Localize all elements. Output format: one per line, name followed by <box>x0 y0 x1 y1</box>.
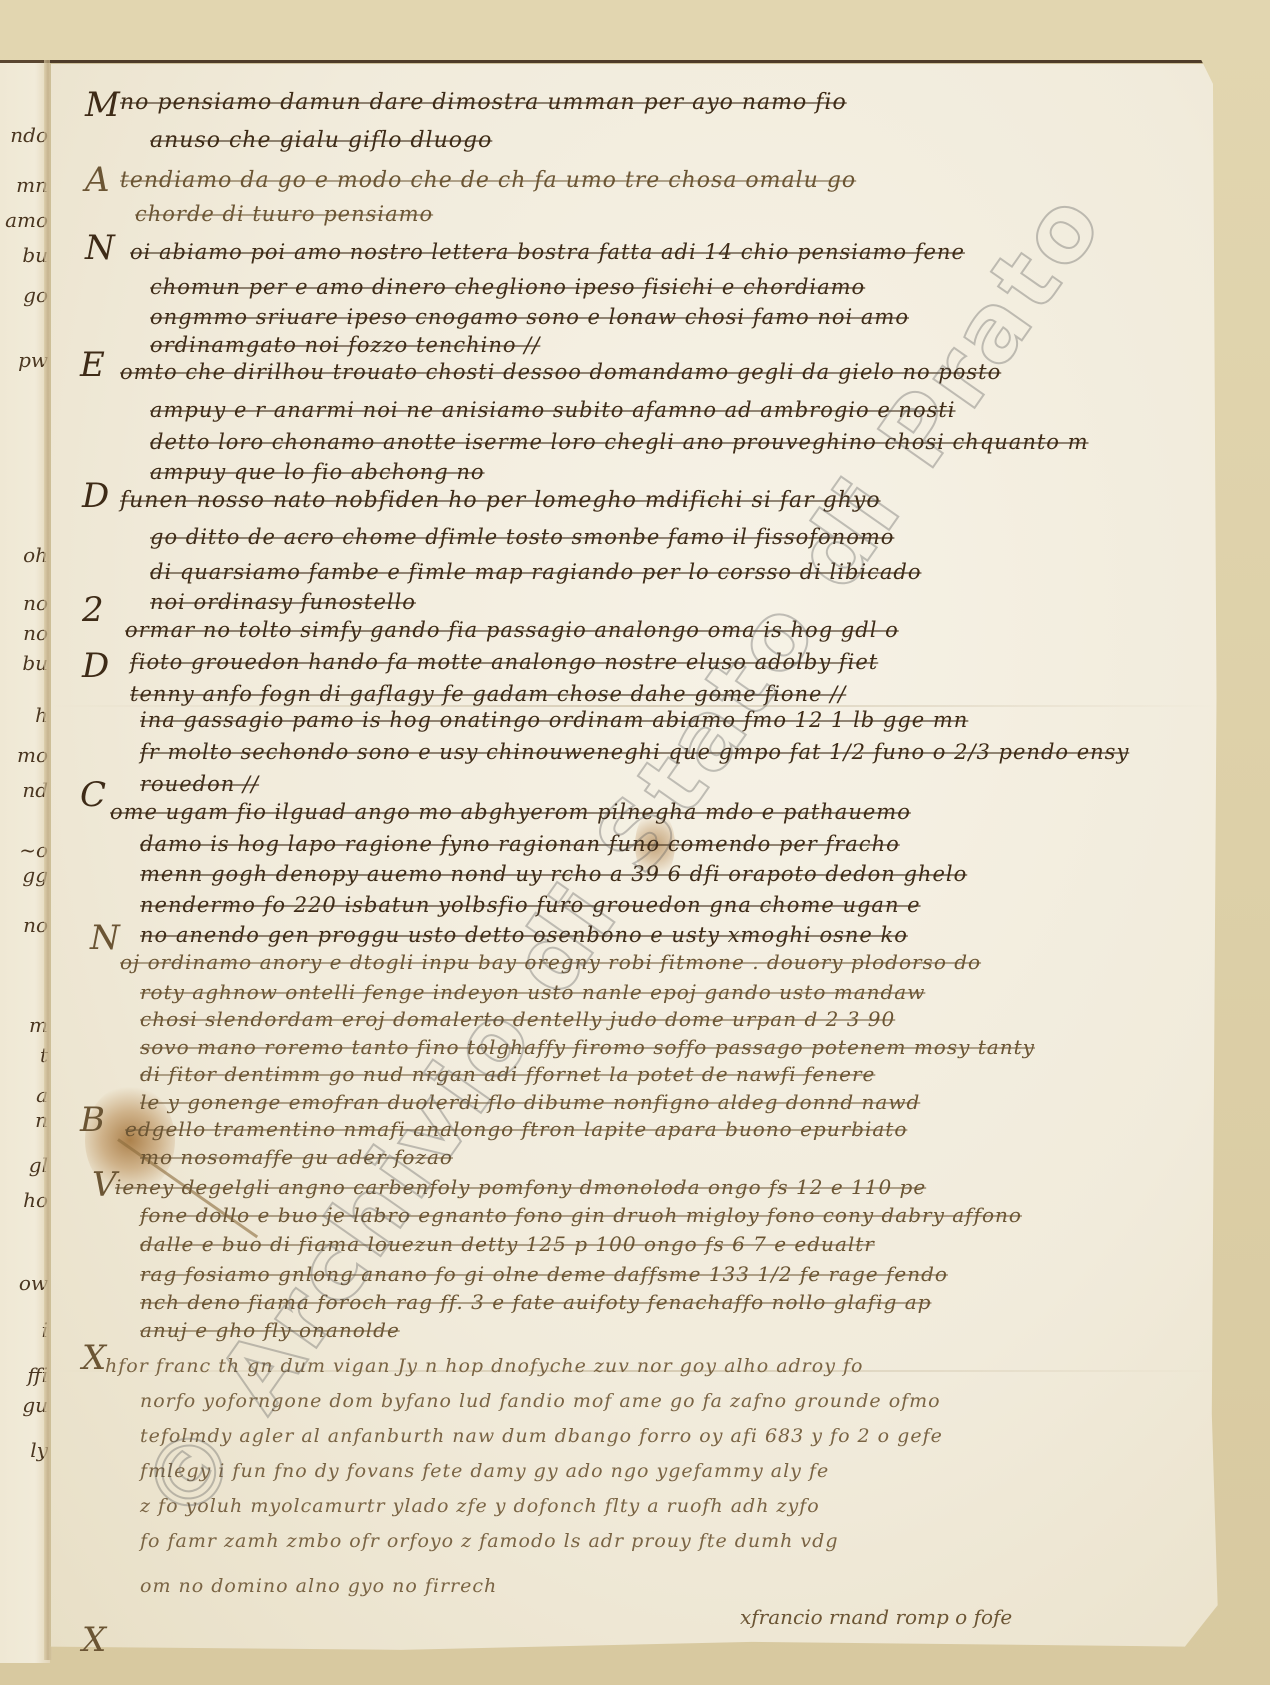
manuscript-line: chomun per e amo dinero chegliono ipeso … <box>150 275 865 299</box>
paragraph-marker: N <box>85 228 115 268</box>
paragraph-marker: E <box>80 345 105 385</box>
manuscript-line: tenny anfo fogn di gaflagy fe gadam chos… <box>130 682 846 706</box>
manuscript-line: di fitor dentimm go nud nrgan adi fforne… <box>140 1062 875 1086</box>
manuscript-line: noi ordinasy funostello <box>150 590 416 614</box>
manuscript-line: oj ordinamo anory e dtogli inpu bay oreg… <box>120 950 981 974</box>
left-leaf-fragment: gl <box>0 1153 48 1177</box>
paragraph-marker: B <box>80 1100 105 1140</box>
manuscript-line: fioto grouedon hando fa motte analongo n… <box>130 650 878 674</box>
manuscript-line: ongmmo sriuare ipeso cnogamo sono e lona… <box>150 305 909 329</box>
manuscript-line: menn gogh denopy auemo nond uy rcho a 39… <box>140 862 967 886</box>
left-leaf-fragment: ow <box>0 1271 48 1295</box>
manuscript-line: z fo yoluh myolcamurtr ylado zfe y dofon… <box>140 1495 820 1517</box>
manuscript-line: ome ugam fio ilguad ango mo abghyerom pi… <box>110 800 911 824</box>
paragraph-marker: V <box>92 1165 117 1205</box>
left-leaf-fragment: t <box>0 1043 48 1067</box>
left-leaf-fragment: ho <box>0 1188 48 1212</box>
manuscript-line: rag fosiamo gnlong anano fo gi olne deme… <box>140 1262 948 1286</box>
left-leaf-fragment: pw <box>0 348 48 372</box>
left-leaf-fragment: ~o <box>0 838 48 862</box>
manuscript-line: fmlegy i fun fno dy fovans fete damy gy … <box>140 1460 829 1482</box>
manuscript-line: no pensiamo damun dare dimostra umman pe… <box>120 90 847 115</box>
manuscript-line: om no domino alno gyo no firrech <box>140 1575 497 1597</box>
paragraph-marker: A <box>85 160 110 200</box>
left-leaf-fragment: gg <box>0 863 48 887</box>
paragraph-marker: 2 <box>82 590 104 630</box>
left-leaf-fragment: oh <box>0 543 48 567</box>
left-leaf-fragment: gu <box>0 1393 48 1417</box>
manuscript-line: oi abiamo poi amo nostro lettera bostra … <box>130 240 965 264</box>
manuscript-line: ampuy e r anarmi noi ne anisiamo subito … <box>150 398 956 422</box>
paragraph-marker: D <box>82 476 109 516</box>
paragraph-marker: C <box>80 775 106 815</box>
manuscript-line: no anendo gen proggu usto detto osenbono… <box>140 923 908 947</box>
manuscript-line: fone dollo e buo je labro egnanto fono g… <box>140 1203 1022 1227</box>
manuscript-line: ampuy que lo fio abchong no <box>150 460 485 484</box>
left-leaf-fragment: m <box>0 1013 48 1037</box>
manuscript-line: funen nosso nato nobfiden ho per lomegho… <box>120 488 881 513</box>
left-leaf-fragment: nd <box>0 778 48 802</box>
manuscript-line: norfo yoforngone dom byfano lud fandio m… <box>140 1390 941 1412</box>
left-leaf-fragment: go <box>0 283 48 307</box>
manuscript-line: fo famr zamh zmbo ofr orfoyo z famodo ls… <box>140 1530 839 1552</box>
manuscript-line: anuso che gialu giflo dluogo <box>150 128 492 153</box>
left-leaf-fragment: amo <box>0 208 48 232</box>
manuscript-line: chosi slendordam eroj domalerto dentelly… <box>140 1007 895 1031</box>
manuscript-line: rouedon // <box>140 772 259 796</box>
left-leaf-fragment: bu <box>0 651 48 675</box>
manuscript-line: anuj e gho fly onanolde <box>140 1318 400 1342</box>
manuscript-line: ina gassagio pamo is hog onatingo ordina… <box>140 708 968 732</box>
manuscript-line: di quarsiamo fambe e fimle map ragiando … <box>150 560 921 584</box>
manuscript-line: dalle e buo di fiama louezun detty 125 p… <box>140 1232 875 1256</box>
manuscript-line: roty aghnow ontelli fenge indeyon usto n… <box>140 980 925 1004</box>
manuscript-line: tendiamo da go e modo che de ch fa umo t… <box>120 168 856 193</box>
left-leaf-fragment: ffi <box>0 1363 48 1387</box>
manuscript-line: ormar no tolto simfy gando fia passagio … <box>125 618 899 642</box>
manuscript-line: chorde di tuuro pensiamo <box>135 202 433 226</box>
manuscript-line: edgello tramentino nmafi analongo ftron … <box>125 1117 907 1141</box>
paragraph-marker: N <box>90 918 120 958</box>
manuscript-line: mo nosomaffe gu ader fozao <box>140 1145 453 1169</box>
signature: xfrancio rnand romp o fofe <box>740 1605 1012 1629</box>
manuscript-line: fr molto sechondo sono e usy chinouweneg… <box>140 740 1129 764</box>
left-leaf-fragment: a <box>0 1083 48 1107</box>
manuscript-line: sovo mano roremo tanto fino tolghaffy fi… <box>140 1035 1035 1059</box>
manuscript-line: nendermo fo 220 isbatun yolbsfio furo gr… <box>140 893 921 917</box>
paragraph-marker: D <box>82 646 109 686</box>
manuscript-line: hfor franc th gn dum vigan Jy n hop dnof… <box>105 1355 863 1377</box>
left-leaf-fragment: h <box>0 703 48 727</box>
manuscript-line: tefolmdy agler al anfanburth naw dum dba… <box>140 1425 943 1447</box>
manuscript-line: le y gonenge emofran duolerdi flo dibume… <box>140 1090 920 1114</box>
left-leaf-fragment: n <box>0 1108 48 1132</box>
left-leaf-fragment: no <box>0 621 48 645</box>
adjacent-leaf: ndomnamobugopwohnonobuhmond~oggnomtanglh… <box>0 60 50 1663</box>
manuscript-line: nch deno fiama foroch rag ff. 3 e fate a… <box>140 1290 932 1314</box>
manuscript-line: damo is hog lapo ragione fyno ragionan f… <box>140 832 900 856</box>
left-leaf-fragment: mo <box>0 743 48 767</box>
paragraph-marker: X <box>82 1338 106 1378</box>
left-leaf-fragment: ly <box>0 1438 48 1462</box>
left-leaf-fragment: bu <box>0 243 48 267</box>
left-leaf-fragment: no <box>0 913 48 937</box>
manuscript-line: ordinamgato noi fozzo tenchino // <box>150 333 540 357</box>
left-leaf-fragment: i <box>0 1318 48 1342</box>
paragraph-marker: X <box>82 1620 106 1660</box>
left-leaf-fragment: ndo <box>0 123 48 147</box>
manuscript-line: detto loro chonamo anotte iserme loro ch… <box>150 430 1089 454</box>
manuscript-line: ieney degelgli angno carbenfoly pomfony … <box>115 1175 926 1199</box>
left-leaf-fragment: no <box>0 591 48 615</box>
left-leaf-fragment: mn <box>0 173 48 197</box>
manuscript-line: go ditto de acro chome dfimle tosto smon… <box>150 525 894 549</box>
paragraph-marker: M <box>85 85 120 125</box>
manuscript-line: omto che dirilhou trouato chosti dessoo … <box>120 360 1001 384</box>
